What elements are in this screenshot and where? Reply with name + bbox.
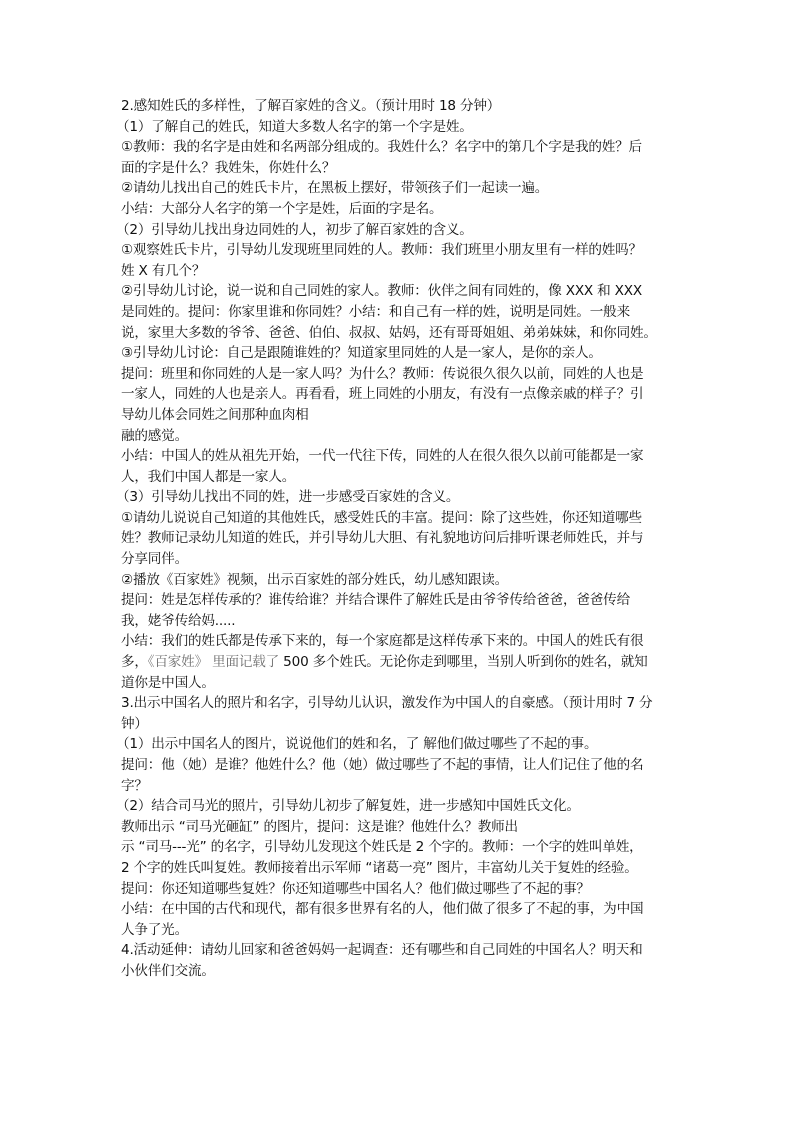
text-line: ①观察姓氏卡片，引导幼儿发现班里同姓的人。教师：我们班里小朋友里有一样的姓吗？ <box>121 240 691 261</box>
book-title-muted-text: 《百家姓》 里面记载了 <box>148 654 279 670</box>
text-line: 人争了光。 <box>121 920 691 941</box>
text-line: 提问：你还知道哪些复姓？你还知道哪些中国名人？他们做过哪些了不起的事？ <box>121 879 691 900</box>
text-line: 小伙伴们交流。 <box>121 961 691 982</box>
text-line: 人，我们中国人都是一家人。 <box>121 467 691 488</box>
subsection-heading-3: （3）引导幼儿找出不同的姓，进一步感受百家姓的含义。 <box>116 487 691 508</box>
section-heading-2: 2.感知姓氏的多样性，了解百家姓的含义。（预计用时 18 分钟） <box>121 96 691 117</box>
text-line: 道你是中国人。 <box>121 673 691 694</box>
summary-line: 小结：在中国的古代和现代，都有很多世界有名的人，他们做了很多了不起的事，为中国 <box>121 899 691 920</box>
text-line: 是同姓的。提问：你家里谁和你同姓？小结：和自己有一样的姓，说明是同姓。一般来 <box>121 302 691 323</box>
text-segment: 多， <box>121 654 148 670</box>
section-heading-3: 3.出示中国名人的照片和名字，引导幼儿认识，激发作为中国人的自豪感。（预计用时 … <box>121 693 691 714</box>
text-line: ①请幼儿说说自己知道的其他姓氏，感受姓氏的丰富。提问：除了这些姓，你还知道哪些 <box>121 508 691 529</box>
summary-line: 小结：我们的姓氏都是传承下来的，每一个家庭都是这样传承下来的。中国人的姓氏有很 <box>121 631 691 652</box>
text-line: 提问：他（她）是谁？他姓什么？他（她）做过哪些了不起的事情，让人们记住了他的名 <box>121 755 691 776</box>
text-line: 提问：班里和你同姓的人是一家人吗？为什么？教师：传说很久很久以前，同姓的人也是 <box>121 364 691 385</box>
text-line: 姓？教师记录幼儿知道的姓氏，并引导幼儿大胆、有礼貌地访问后排听课老师姓氏，并与 <box>121 528 691 549</box>
text-line: 一家人，同姓的人也是亲人。再看看，班上同姓的小朋友，有没有一点像亲戚的样子？引 <box>121 384 691 405</box>
text-segment: 500 多个姓氏。无论你走到哪里，当别人听到你的姓名，就知 <box>279 654 647 670</box>
section-heading-4: 4.活动延伸：请幼儿回家和爸爸妈妈一起调查：还有哪些和自己同姓的中国名人？明天和 <box>121 940 691 961</box>
subsection-heading-3-2: （2）结合司马光的照片，引导幼儿初步了解复姓，进一步感知中国姓氏文化。 <box>116 796 691 817</box>
text-line: 示 “司马---光” 的名字，引导幼儿发现这个姓氏是 2 个字的。教师：一个字的… <box>121 837 691 858</box>
text-line: 融的感觉。 <box>121 426 691 447</box>
text-line: ②引导幼儿讨论，说一说和自己同姓的家人。教师：伙伴之间有同姓的，像 XXX 和 … <box>121 281 691 302</box>
summary-line: 小结：大部分人名字的第一个字是姓，后面的字是名。 <box>121 199 691 220</box>
text-line: 面的字是什么？我姓朱，你姓什么？ <box>121 158 691 179</box>
summary-line: 小结：中国人的姓从祖先开始，一代一代往下传，同姓的人在很久很久以前可能都是一家 <box>121 446 691 467</box>
text-line: ②请幼儿找出自己的姓氏卡片，在黑板上摆好，带领孩子们一起读一遍。 <box>121 178 691 199</box>
text-line: 分享同伴。 <box>121 549 691 570</box>
text-line: 我，姥爷传给妈..... <box>121 611 691 632</box>
text-line: 提问：姓是怎样传承的？谁传给谁？并结合课件了解姓氏是由爷爷传给爸爸，爸爸传给 <box>121 590 691 611</box>
text-line: ②播放《百家姓》视频，出示百家姓的部分姓氏，幼儿感知跟读。 <box>121 570 691 591</box>
text-line: 钟） <box>121 714 691 735</box>
subsection-heading-3-1: （1）出示中国名人的图片，说说他们的姓和名，了 解他们做过哪些了不起的事。 <box>116 734 691 755</box>
subsection-heading-1: （1）了解自己的姓氏，知道大多数人名字的第一个字是姓。 <box>116 117 691 138</box>
document-page: 2.感知姓氏的多样性，了解百家姓的含义。（预计用时 18 分钟） （1）了解自己… <box>121 96 691 982</box>
text-line: 姓 X 有几个？ <box>121 261 691 282</box>
text-line: ①教师：我的名字是由姓和名两部分组成的。我姓什么？名字中的第几个字是我的姓？后 <box>121 137 691 158</box>
text-line: 说，家里大多数的爷爷、爸爸、伯伯、叔叔、姑妈，还有哥哥姐姐、弟弟妹妹，和你同姓。 <box>121 323 691 344</box>
text-line: 2 个字的姓氏叫复姓。教师接着出示军师 “诸葛一亮” 图片，丰富幼儿关于复姓的经… <box>121 858 691 879</box>
text-line: ③引导幼儿讨论：自己是跟随谁姓的？知道家里同姓的人是一家人，是你的亲人。 <box>121 343 691 364</box>
text-line-mixed: 多，《百家姓》 里面记载了 500 多个姓氏。无论你走到哪里，当别人听到你的姓名… <box>121 652 691 673</box>
text-line: 导幼儿体会同姓之间那种血肉相 <box>121 405 691 426</box>
subsection-heading-2: （2）引导幼儿找出身边同姓的人，初步了解百家姓的含义。 <box>116 220 691 241</box>
text-line: 教师出示 “司马光砸缸” 的图片，提问：这是谁？他姓什么？教师出 <box>121 817 691 838</box>
text-line: 字？ <box>121 776 691 797</box>
